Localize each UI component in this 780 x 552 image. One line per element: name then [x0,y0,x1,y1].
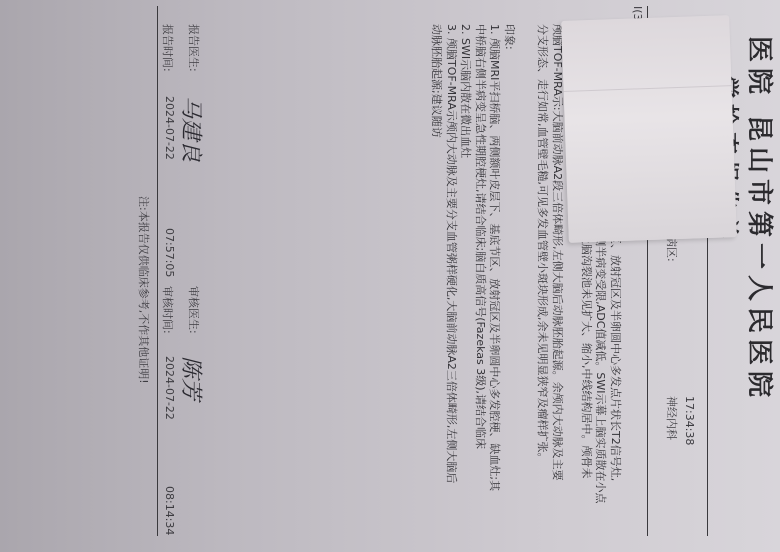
ward-label: 病区: [664,236,680,262]
review-clock: 08:14:34 [163,486,176,535]
reviewer-signature: 陈芳 [177,356,208,400]
tissue-overlay [561,15,737,243]
impression-line: 中桥脑右侧半病变呈急性期腔梗灶,请结合临床;脑白质高信号(Fazekas 3级)… [473,24,488,524]
review-time-label: 审核时间: [160,286,176,334]
exam-clock: 17:34:38 [683,396,696,445]
impression-line: 2. SWI示脑内散在微出血灶 [458,24,473,524]
hospital-name: 医院 昆山市第一人民医院 [743,36,780,552]
impression-label: 印象: [502,24,517,524]
report-date: 2024-07-22 [163,96,176,160]
impression-block: 印象: 1. 颅脑MRI平扫桥脑、两侧额叶皮层下、基底节区、放射冠区及半卵圆中心… [429,24,516,524]
findings-line: 分支形态、走行如常,血管壁毛糙,可见多发血管壁小斑块形成,余未见明显狭窄及瘤样扩… [535,24,550,524]
impression-line: 1. 颅脑MRI平扫桥脑、两侧额叶皮层下、基底节区、放射冠区及半卵圆中心多发腔梗… [487,24,502,524]
disclaimer-note: 注:本报告仅供临床参考,不作其他证明! [136,196,152,384]
report-clock: 07:57:05 [163,228,176,277]
review-date: 2024-07-22 [163,356,176,420]
impression-line: 3. 颅脑TOF-MRA示颅内大动脉及主要分支血管粥样硬化,大脑前动脉A2三倍体… [444,24,459,524]
impression-line: 动脉胚胎起源;建议随访 [429,24,444,524]
reviewer-label: 审核医生: [186,286,202,334]
reporter-label: 报告医生: [186,24,202,72]
footer-rule [157,6,158,536]
report-time-label: 报告时间: [160,24,176,72]
ward-value: 神经内科 [664,396,680,440]
reporter-signature: 马建良 [177,96,208,162]
findings-line: 颅脑TOF-MRA示:大脑前动脉A2段三倍体畸形,左侧大脑后动脉胚胎起源。余颅内… [550,24,565,524]
